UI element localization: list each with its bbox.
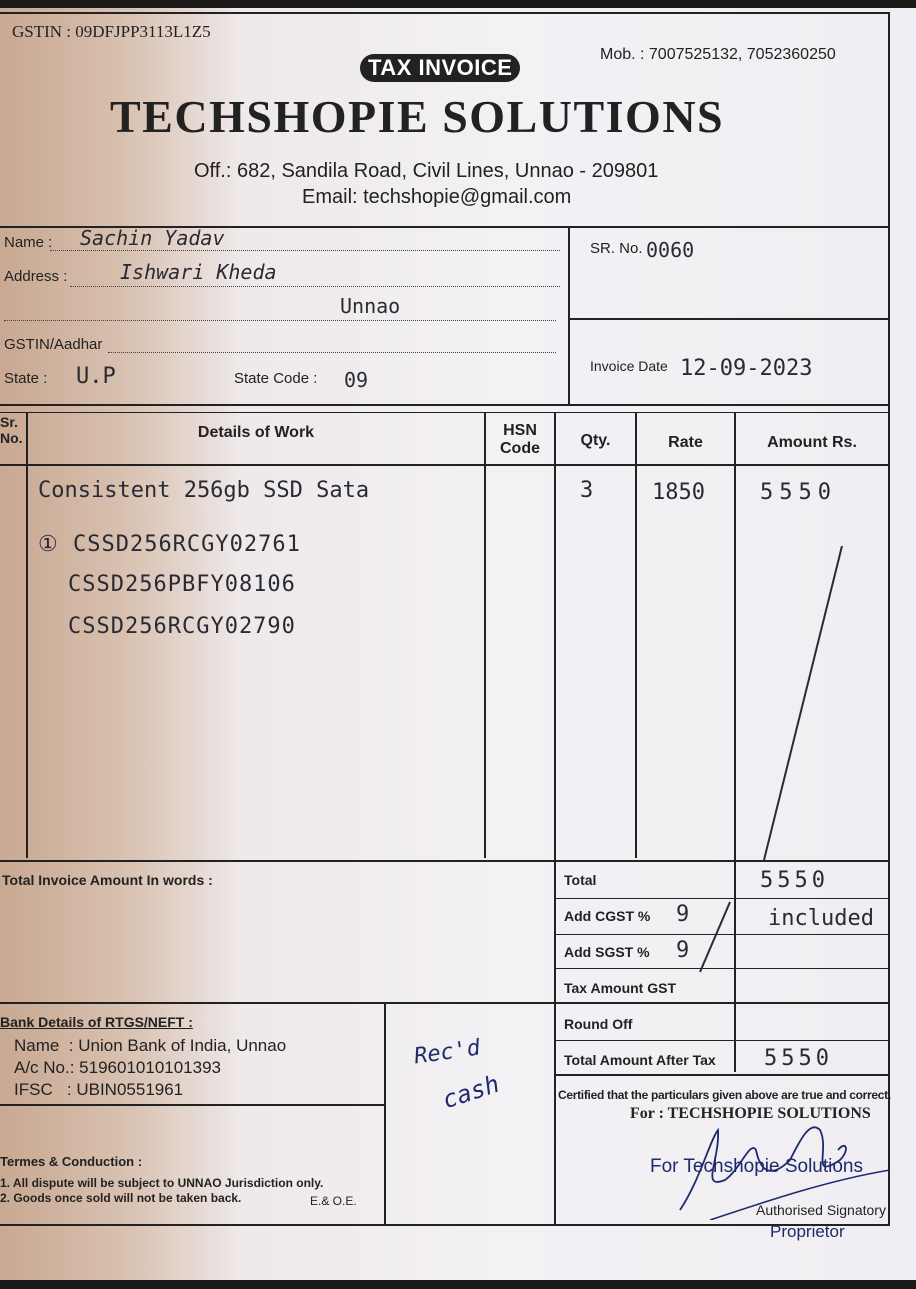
authorised-signatory: Authorised Signatory bbox=[756, 1202, 886, 1218]
bank-name: Name : Union Bank of India, Unnao bbox=[14, 1036, 286, 1056]
total-after-tax-value: 5550 bbox=[764, 1046, 833, 1071]
sgst-rate: 9 bbox=[676, 938, 689, 963]
errors-omissions: E.& O.E. bbox=[310, 1194, 357, 1208]
cgst-rate: 9 bbox=[676, 902, 689, 927]
strike-line-icon bbox=[736, 540, 856, 870]
right-border bbox=[888, 12, 890, 1226]
col-amount: Amount Rs. bbox=[736, 434, 888, 452]
sr-no-label: SR. No. bbox=[590, 240, 643, 257]
company-name: TECHSHOPIE SOLUTIONS bbox=[110, 90, 724, 143]
state-label: State : bbox=[4, 370, 47, 387]
name-label: Name : bbox=[4, 234, 52, 251]
gstin-aadhar-field[interactable] bbox=[108, 336, 556, 353]
form-bottom bbox=[0, 1224, 890, 1226]
amount-in-words-label: Total Invoice Amount In words : bbox=[2, 872, 213, 888]
item-description: Consistent 256gb SSD Sata bbox=[38, 478, 369, 503]
state-code-value: 09 bbox=[344, 368, 368, 392]
gst-included-note: included bbox=[768, 906, 874, 931]
col-details: Details of Work bbox=[28, 424, 484, 442]
state-code-label: State Code : bbox=[234, 370, 317, 387]
customer-meta-divider bbox=[568, 226, 570, 406]
address-line1-value: Ishwari Kheda bbox=[120, 260, 277, 284]
bank-ifsc: IFSC : UBIN0551961 bbox=[14, 1080, 183, 1100]
address-line2-value: Unnao bbox=[340, 294, 400, 318]
item-amount: 5550 bbox=[760, 480, 837, 505]
col-hsn: HSN Code bbox=[486, 422, 554, 458]
gst-slash-icon bbox=[690, 898, 740, 978]
terms-item: 2. Goods once sold will not be taken bac… bbox=[0, 1191, 241, 1205]
certification-statement: Certified that the particulars given abo… bbox=[558, 1088, 891, 1102]
mobile-numbers: Mob. : 7007525132, 7052360250 bbox=[600, 46, 836, 64]
name-field[interactable]: Sachin Yadav bbox=[50, 232, 560, 251]
item-qty: 3 bbox=[580, 478, 593, 503]
office-address: Off.: 682, Sandila Road, Civil Lines, Un… bbox=[194, 160, 658, 183]
item-serial: CSSD256PBFY08106 bbox=[68, 572, 296, 597]
terms-item: 1. All dispute will be subject to UNNAO … bbox=[0, 1176, 323, 1190]
meta-divider bbox=[568, 318, 888, 320]
table-top bbox=[0, 404, 890, 406]
address-field-line2[interactable]: Unnao bbox=[4, 302, 556, 321]
name-value: Sachin Yadav bbox=[80, 226, 225, 250]
state-value: U.P bbox=[76, 364, 116, 389]
sgst-label: Add SGST % bbox=[564, 944, 650, 960]
col-qty: Qty. bbox=[556, 432, 635, 450]
terms-title: Termes & Conduction : bbox=[0, 1154, 142, 1169]
bank-details-title: Bank Details of RTGS/NEFT : bbox=[0, 1014, 193, 1030]
tax-amount-label: Tax Amount GST bbox=[564, 980, 676, 996]
invoice-date-label: Invoice Date bbox=[590, 358, 668, 374]
sr-no-value: 0060 bbox=[646, 238, 694, 262]
item-serial: CSSD256RCGY02790 bbox=[68, 614, 296, 639]
gstin-aadhar-label: GSTIN/Aadhar bbox=[4, 336, 102, 353]
table-header-bottom bbox=[0, 464, 890, 466]
item-rate: 1850 bbox=[652, 480, 705, 505]
total-value: 5550 bbox=[760, 868, 829, 893]
table-bottom bbox=[0, 860, 890, 862]
round-off-label: Round Off bbox=[564, 1016, 632, 1032]
total-after-tax-label: Total Amount After Tax bbox=[564, 1052, 716, 1068]
invoice-date-value: 12-09-2023 bbox=[680, 356, 812, 381]
bank-account: A/c No.: 519601010101393 bbox=[14, 1058, 221, 1078]
address-label: Address : bbox=[4, 268, 67, 285]
item-serial: ① CSSD256RCGY02761 bbox=[38, 532, 301, 557]
total-label: Total bbox=[564, 872, 596, 888]
address-field-line1[interactable]: Ishwari Kheda bbox=[70, 268, 560, 287]
col-rate: Rate bbox=[637, 434, 734, 452]
top-border bbox=[0, 12, 890, 14]
company-email: Email: techshopie@gmail.com bbox=[302, 186, 571, 209]
cgst-label: Add CGST % bbox=[564, 908, 650, 924]
col-sr-no: Sr. No. bbox=[0, 414, 26, 446]
tax-invoice-badge: TAX INVOICE bbox=[360, 54, 520, 82]
